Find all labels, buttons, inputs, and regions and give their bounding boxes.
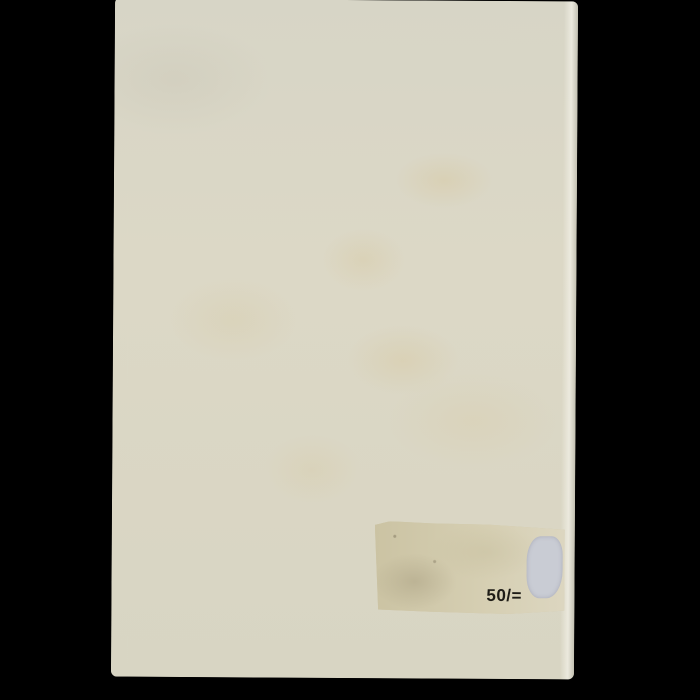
price-sticker: 50/= bbox=[374, 521, 565, 614]
book-back-cover: 50/= bbox=[111, 0, 578, 679]
price-label: 50/= bbox=[486, 586, 522, 606]
torn-sticker-patch bbox=[526, 536, 562, 598]
